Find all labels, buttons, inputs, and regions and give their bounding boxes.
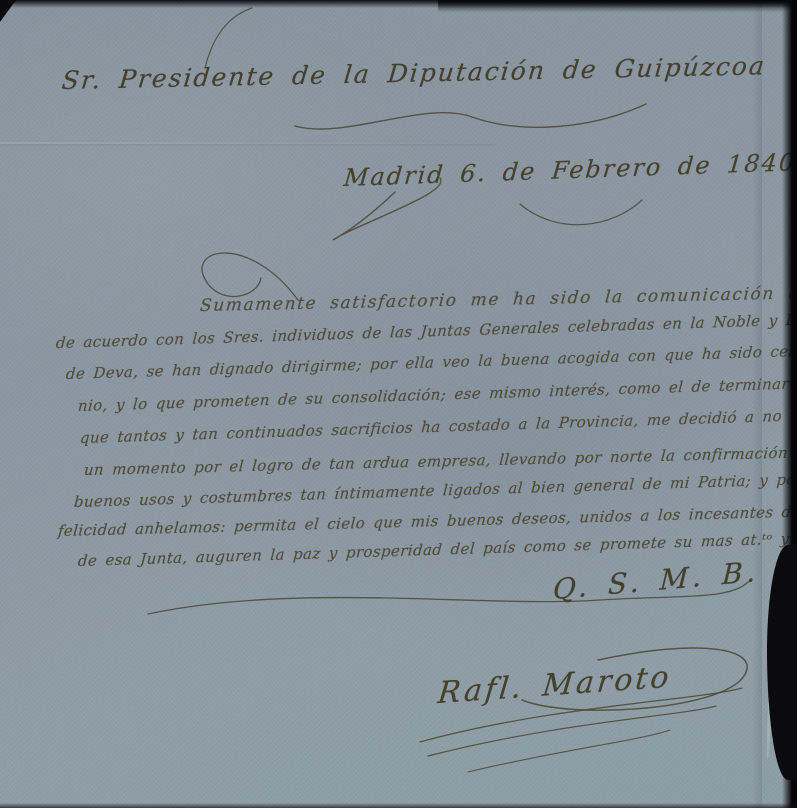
signature-rubric-3 xyxy=(468,730,670,772)
signature: Rafl. Maroto xyxy=(436,660,673,712)
letter-photo: Sr. Presidente de la Diputación de Guipú… xyxy=(0,0,797,808)
opening-capital-flourish xyxy=(202,253,298,300)
photo-edge-bottom xyxy=(0,803,797,808)
addressee-ascender-flourish xyxy=(205,8,252,68)
date-tail-flourish xyxy=(520,200,642,225)
addressee-underline-flourish xyxy=(295,104,646,129)
paper: Sr. Presidente de la Diputación de Guipú… xyxy=(0,0,797,808)
vertical-fold xyxy=(752,0,762,808)
body-line-1: Sumamente satisfactorio me ha sido la co… xyxy=(199,282,797,316)
addressee-line: Sr. Presidente de la Diputación de Guipú… xyxy=(61,51,768,95)
signature-rubric-2 xyxy=(428,706,716,756)
photo-edge-top-right xyxy=(438,0,797,12)
horizontal-crease xyxy=(0,142,494,144)
closing-formula: Q. S. M. B. xyxy=(552,555,760,606)
dateline: Madrid 6. de Febrero de 1840. xyxy=(343,148,797,192)
